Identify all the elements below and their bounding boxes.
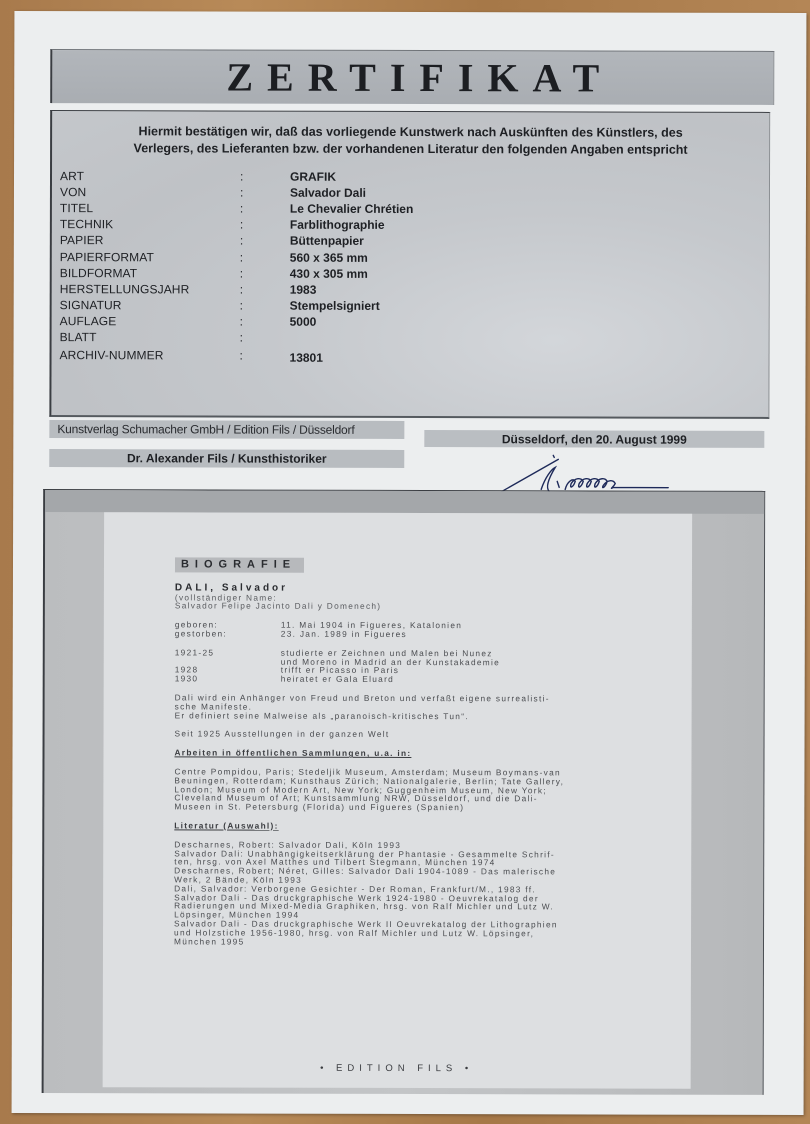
field-separator: : (240, 202, 290, 216)
field-row: ARCHIV-NUMMER:13801 (60, 347, 660, 365)
frame-band (45, 490, 764, 514)
edition-footer: • EDITION FILS • (103, 1062, 691, 1075)
field-label: BLATT (60, 330, 240, 344)
field-separator: : (240, 250, 290, 264)
field-label: AUFLAGE (60, 314, 240, 328)
field-separator: : (240, 218, 290, 232)
field-label: BILDFORMAT (60, 266, 240, 280)
field-row: PAPIERFORMAT:560 x 365 mm (60, 249, 660, 267)
field-separator: : (240, 314, 290, 328)
bio-text: Er definiert seine Malweise als „paranoi… (175, 711, 625, 721)
publisher-label: Kunstverlag Schumacher GmbH / Edition Fi… (49, 420, 404, 439)
biography-sheet: BIOGRAFIE DALI, Salvador (vollständiger … (103, 512, 693, 1089)
field-row: AUFLAGE:5000 (60, 313, 660, 331)
field-value: GRAFIK (290, 170, 336, 184)
collections-list: Centre Pompidou, Paris; Stedeljik Museum… (174, 767, 624, 812)
field-label: PAPIERFORMAT (60, 250, 240, 264)
field-value: 5000 (290, 315, 317, 329)
field-separator: : (240, 186, 290, 200)
field-separator: : (240, 234, 290, 248)
field-row: SIGNATUR:Stempelsigniert (60, 297, 660, 315)
timeline: 1921-25studierte er Zeichnen und Malen b… (175, 648, 625, 684)
statement-line: Hiermit bestätigen wir, daß das vorliege… (52, 123, 769, 142)
timeline-year: 1930 (175, 675, 281, 684)
field-label: HERSTELLUNGSJAHR (60, 282, 240, 296)
field-separator: : (240, 331, 290, 345)
died-value: 23. Jan. 1989 in Figueres (281, 630, 407, 639)
certificate-title: ZERTIFIKAT (212, 53, 613, 101)
field-label: ARCHIV-NUMMER (60, 348, 240, 362)
collections-heading: Arbeiten in öffentlichen Sammlungen, u.a… (174, 749, 624, 759)
place-date: Düsseldorf, den 20. August 1999 (424, 430, 764, 448)
biography-heading: BIOGRAFIE (175, 557, 304, 572)
field-label: SIGNATUR (60, 298, 240, 312)
died-label: gestorben: (175, 629, 281, 638)
field-value: 560 x 365 mm (290, 250, 368, 264)
text-line: Museen in St. Petersburg (Florida) und F… (174, 803, 624, 813)
field-value: Le Chevalier Chrétien (290, 202, 413, 216)
field-row: TECHNIK:Farblithographie (60, 216, 660, 234)
field-separator: : (240, 170, 290, 184)
historian-label: Dr. Alexander Fils / Kunsthistoriker (49, 449, 404, 468)
certification-statement: Hiermit bestätigen wir, daß das vorliege… (52, 123, 769, 159)
field-separator: : (240, 349, 290, 363)
statement-line: Verlegers, des Lieferanten bzw. der vorh… (52, 140, 769, 159)
field-value: 13801 (290, 351, 323, 365)
field-row: ART:GRAFIK (60, 168, 660, 186)
field-row: BLATT: (60, 329, 660, 347)
artwork-info-box: Hiermit bestätigen wir, daß das vorliege… (49, 110, 770, 419)
field-label: TECHNIK (60, 217, 240, 231)
literature-list: Descharnes, Robert: Salvador Dali, Köln … (174, 840, 624, 947)
field-value: 1983 (290, 282, 317, 296)
field-label: ART (60, 169, 240, 183)
biography-content: BIOGRAFIE DALI, Salvador (vollständiger … (174, 557, 625, 946)
field-row: BILDFORMAT:430 x 305 mm (60, 265, 660, 283)
died-row: gestorben: 23. Jan. 1989 in Figueres (175, 629, 625, 639)
field-value: Stempelsigniert (290, 298, 380, 312)
field-label: PAPIER (60, 234, 240, 248)
field-row: HERSTELLUNGSJAHR:1983 (60, 281, 660, 299)
field-label: VON (60, 185, 240, 199)
timeline-year: 1921-25 (175, 648, 281, 657)
title-banner: ZERTIFIKAT (50, 49, 774, 105)
field-separator: : (240, 282, 290, 296)
text-line: München 1995 (174, 937, 624, 947)
field-row: PAPIER:Büttenpapier (60, 232, 660, 250)
biography-frame: BIOGRAFIE DALI, Salvador (vollständiger … (42, 489, 766, 1095)
field-separator: : (240, 298, 290, 312)
field-label: TITEL (60, 201, 240, 215)
field-row: TITEL:Le Chevalier Chrétien (60, 200, 660, 218)
certificate-paper: ZERTIFIKAT Hiermit bestätigen wir, daß d… (12, 11, 807, 1115)
field-separator: : (240, 266, 290, 280)
field-value: Büttenpapier (290, 234, 364, 248)
timeline-text: heiratet er Gala Eluard (281, 675, 394, 684)
field-value: Salvador Dali (290, 186, 366, 200)
field-value: 430 x 305 mm (290, 266, 368, 280)
field-value: Farblithographie (290, 218, 385, 232)
field-row: VON:Salvador Dali (60, 184, 660, 202)
artwork-fields: ART:GRAFIKVON:Salvador DaliTITEL:Le Chev… (60, 168, 661, 365)
